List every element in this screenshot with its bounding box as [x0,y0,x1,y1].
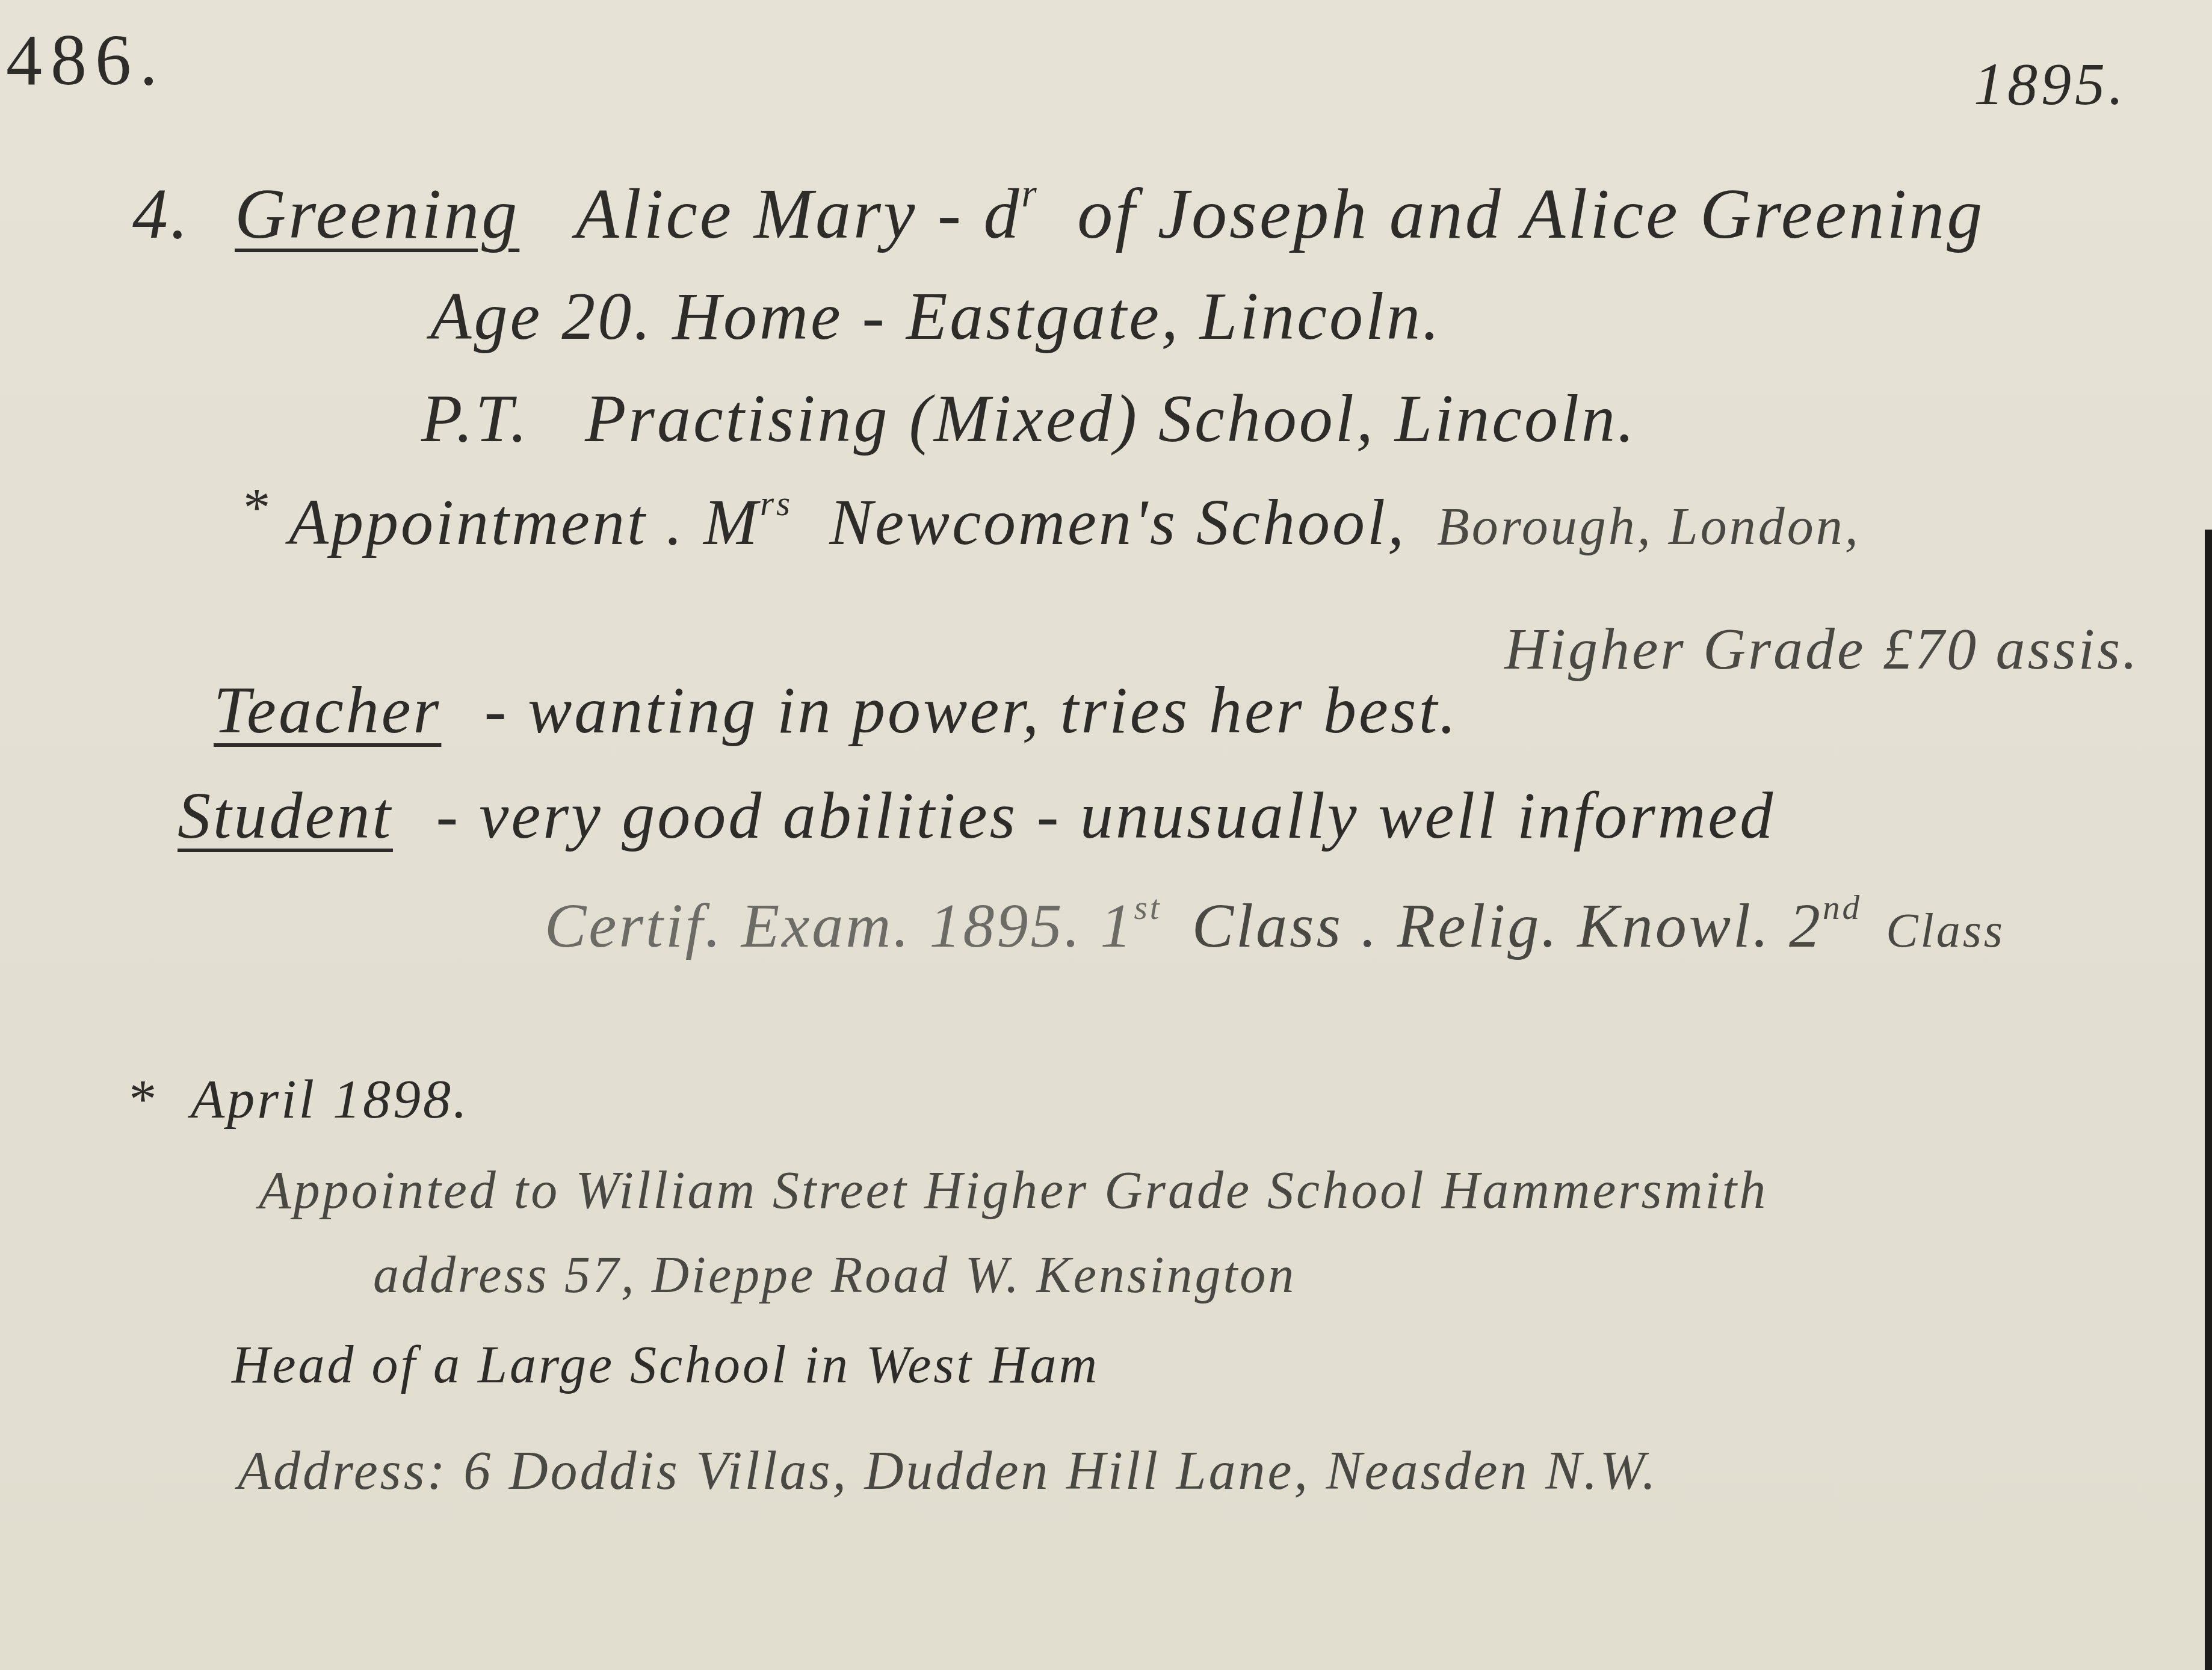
entry-parents: of Joseph and Alice Greening [1077,179,1985,250]
appointment-place: Borough, London, [1437,501,1861,554]
entry-pupil-teacher: P.T. Practising (Mixed) School, Lincoln. [421,385,1637,453]
page-year: 1895. [1974,54,2127,114]
pt-label: P.T. [421,385,530,453]
later-note-date: * April 1898. [126,1071,469,1127]
student-label: Student [178,782,393,849]
later-note-final-address: Address: 6 Doddis Villas, Dudden Hill La… [238,1444,1658,1498]
later-note-appointed: Appointed to William Street Higher Grade… [259,1164,1768,1217]
page-edge-border [2205,530,2212,1670]
pt-school: Practising (Mixed) School, Lincoln. [585,385,1637,453]
note-date: April 1898. [191,1071,469,1127]
appointment-label: Appointment . [289,490,685,555]
appointment-detail: Higher Grade £70 assis. [1504,620,2140,679]
page-number: 486. [6,24,166,96]
later-note-address-1898: address 57, Dieppe Road W. Kensington [373,1249,1296,1300]
teacher-comment: - wanting in power, tries her best. [484,677,1459,743]
entry-appointment: * Appointment . Mrs Newcomen's School, B… [241,481,1861,555]
entry-index: 4. [132,179,191,250]
asterisk-marker: * [241,481,270,536]
appointment-school: Newcomen's School, [829,490,1406,555]
teacher-label: Teacher [214,677,441,743]
asterisk-marker: * [126,1071,156,1127]
certificate-exam: Certif. Exam. 1895. 1st Class . Relig. K… [545,891,2005,957]
student-comment: - very good abilities - unusually well i… [436,782,1775,849]
appointment-title: Mrs [703,486,792,555]
student-remark: Student - very good abilities - unusuall… [178,782,1775,849]
entry-given-names: Alice Mary - dr [576,175,1039,250]
teacher-remark: Teacher - wanting in power, tries her be… [214,677,1459,743]
entry-surname: Greening [235,179,519,250]
later-note-head: Head of a Large School in West Ham [232,1339,1099,1392]
entry-line-name: 4. Greening Alice Mary - dr of Joseph an… [132,175,1985,250]
document-page: 486. 1895. 4. Greening Alice Mary - dr o… [0,0,2212,1670]
entry-age-home: Age 20. Home - Eastgate, Lincoln. [430,283,1442,350]
